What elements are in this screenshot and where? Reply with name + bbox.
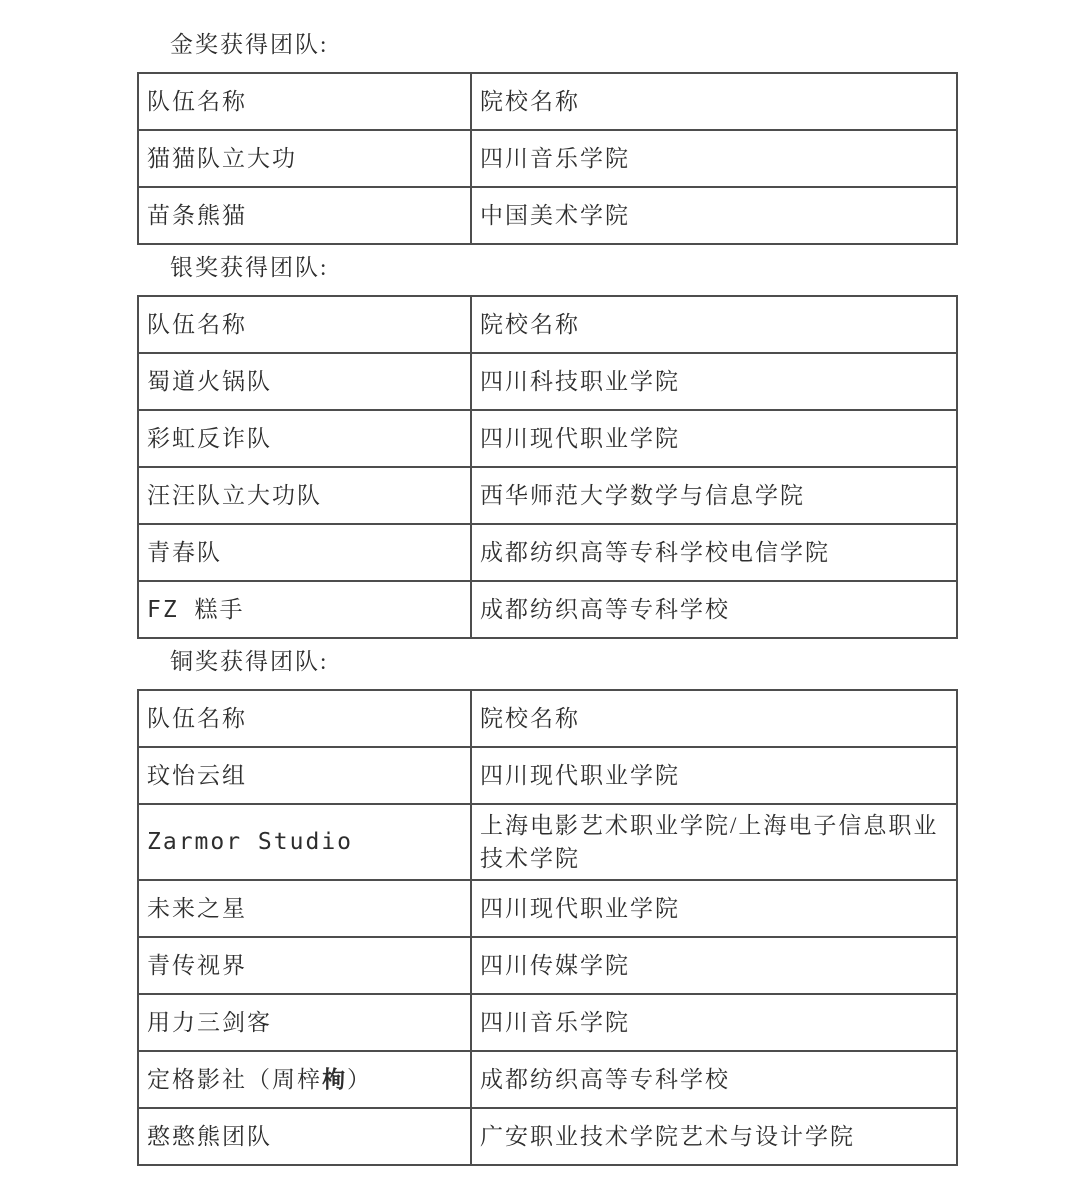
table-body: 玟怡云组四川现代职业学院Zarmor Studio上海电影艺术职业学院/上海电子…	[138, 747, 957, 1165]
table-row: 玟怡云组四川现代职业学院	[138, 747, 957, 804]
team-name-cell: 用力三剑客	[138, 994, 471, 1051]
table-row: 苗条熊猫中国美术学院	[138, 187, 957, 244]
team-name-cell: 未来之星	[138, 880, 471, 937]
document-page: 金奖获得团队: 队伍名称 院校名称 猫猫队立大功四川音乐学院苗条熊猫中国美术学院…	[0, 0, 1080, 1166]
school-name-cell: 四川音乐学院	[471, 994, 957, 1051]
team-name-cell: 定格影社（周梓栒）	[138, 1051, 471, 1108]
team-name-cell: 玟怡云组	[138, 747, 471, 804]
latin-text: Zarmor Studio	[147, 829, 353, 855]
table-header-row: 队伍名称 院校名称	[138, 690, 957, 747]
table-row: 未来之星四川现代职业学院	[138, 880, 957, 937]
awards-table-gold: 队伍名称 院校名称 猫猫队立大功四川音乐学院苗条熊猫中国美术学院	[137, 72, 958, 245]
school-name-cell: 四川现代职业学院	[471, 880, 957, 937]
column-header-team: 队伍名称	[138, 296, 471, 353]
school-name-cell: 四川科技职业学院	[471, 353, 957, 410]
table-row: 蜀道火锅队四川科技职业学院	[138, 353, 957, 410]
table-body: 蜀道火锅队四川科技职业学院彩虹反诈队四川现代职业学院汪汪队立大功队西华师范大学数…	[138, 353, 957, 638]
table-header-row: 队伍名称 院校名称	[138, 296, 957, 353]
school-name-cell: 四川现代职业学院	[471, 410, 957, 467]
column-header-school: 院校名称	[471, 73, 957, 130]
table-row: 汪汪队立大功队西华师范大学数学与信息学院	[138, 467, 957, 524]
school-name-cell: 成都纺织高等专科学校电信学院	[471, 524, 957, 581]
text-run: ）	[347, 1067, 372, 1092]
school-name-cell: 中国美术学院	[471, 187, 957, 244]
team-name-cell: 蜀道火锅队	[138, 353, 471, 410]
table-header-row: 队伍名称 院校名称	[138, 73, 957, 130]
table-row: 青春队成都纺织高等专科学校电信学院	[138, 524, 957, 581]
table-row: 猫猫队立大功四川音乐学院	[138, 130, 957, 187]
section-heading-silver: 银奖获得团队:	[170, 255, 1080, 280]
team-name-cell: 憨憨熊团队	[138, 1108, 471, 1165]
section-heading-gold: 金奖获得团队:	[170, 32, 1080, 57]
column-header-team: 队伍名称	[138, 73, 471, 130]
team-name-cell: 苗条熊猫	[138, 187, 471, 244]
text-run: 糕手	[195, 597, 245, 622]
award-section-gold: 金奖获得团队: 队伍名称 院校名称 猫猫队立大功四川音乐学院苗条熊猫中国美术学院	[137, 32, 1080, 245]
team-name-cell: FZ 糕手	[138, 581, 471, 638]
team-name-cell: 汪汪队立大功队	[138, 467, 471, 524]
table-row: FZ 糕手成都纺织高等专科学校	[138, 581, 957, 638]
team-name-cell: 猫猫队立大功	[138, 130, 471, 187]
table-row: 彩虹反诈队四川现代职业学院	[138, 410, 957, 467]
column-header-school: 院校名称	[471, 690, 957, 747]
award-section-bronze: 铜奖获得团队: 队伍名称 院校名称 玟怡云组四川现代职业学院Zarmor Stu…	[137, 649, 1080, 1166]
table-body: 猫猫队立大功四川音乐学院苗条熊猫中国美术学院	[138, 130, 957, 244]
school-name-cell: 成都纺织高等专科学校	[471, 581, 957, 638]
school-name-cell: 四川现代职业学院	[471, 747, 957, 804]
team-name-cell: 青春队	[138, 524, 471, 581]
section-heading-bronze: 铜奖获得团队:	[170, 649, 1080, 674]
awards-table-silver: 队伍名称 院校名称 蜀道火锅队四川科技职业学院彩虹反诈队四川现代职业学院汪汪队立…	[137, 295, 958, 639]
school-name-cell: 上海电影艺术职业学院/上海电子信息职业技术学院	[471, 804, 957, 880]
latin-text: FZ	[147, 597, 195, 623]
text-run: 定格影社（周梓	[147, 1067, 322, 1092]
school-name-cell: 四川音乐学院	[471, 130, 957, 187]
school-name-cell: 西华师范大学数学与信息学院	[471, 467, 957, 524]
table-row: Zarmor Studio上海电影艺术职业学院/上海电子信息职业技术学院	[138, 804, 957, 880]
column-header-school: 院校名称	[471, 296, 957, 353]
fallback-glyph: 栒	[322, 1067, 347, 1093]
column-header-team: 队伍名称	[138, 690, 471, 747]
awards-table-bronze: 队伍名称 院校名称 玟怡云组四川现代职业学院Zarmor Studio上海电影艺…	[137, 689, 958, 1166]
school-name-cell: 四川传媒学院	[471, 937, 957, 994]
school-name-cell: 成都纺织高等专科学校	[471, 1051, 957, 1108]
team-name-cell: Zarmor Studio	[138, 804, 471, 880]
team-name-cell: 青传视界	[138, 937, 471, 994]
table-row: 青传视界四川传媒学院	[138, 937, 957, 994]
school-name-cell: 广安职业技术学院艺术与设计学院	[471, 1108, 957, 1165]
table-row: 用力三剑客四川音乐学院	[138, 994, 957, 1051]
team-name-cell: 彩虹反诈队	[138, 410, 471, 467]
table-row: 定格影社（周梓栒）成都纺织高等专科学校	[138, 1051, 957, 1108]
award-section-silver: 银奖获得团队: 队伍名称 院校名称 蜀道火锅队四川科技职业学院彩虹反诈队四川现代…	[137, 255, 1080, 639]
table-row: 憨憨熊团队广安职业技术学院艺术与设计学院	[138, 1108, 957, 1165]
